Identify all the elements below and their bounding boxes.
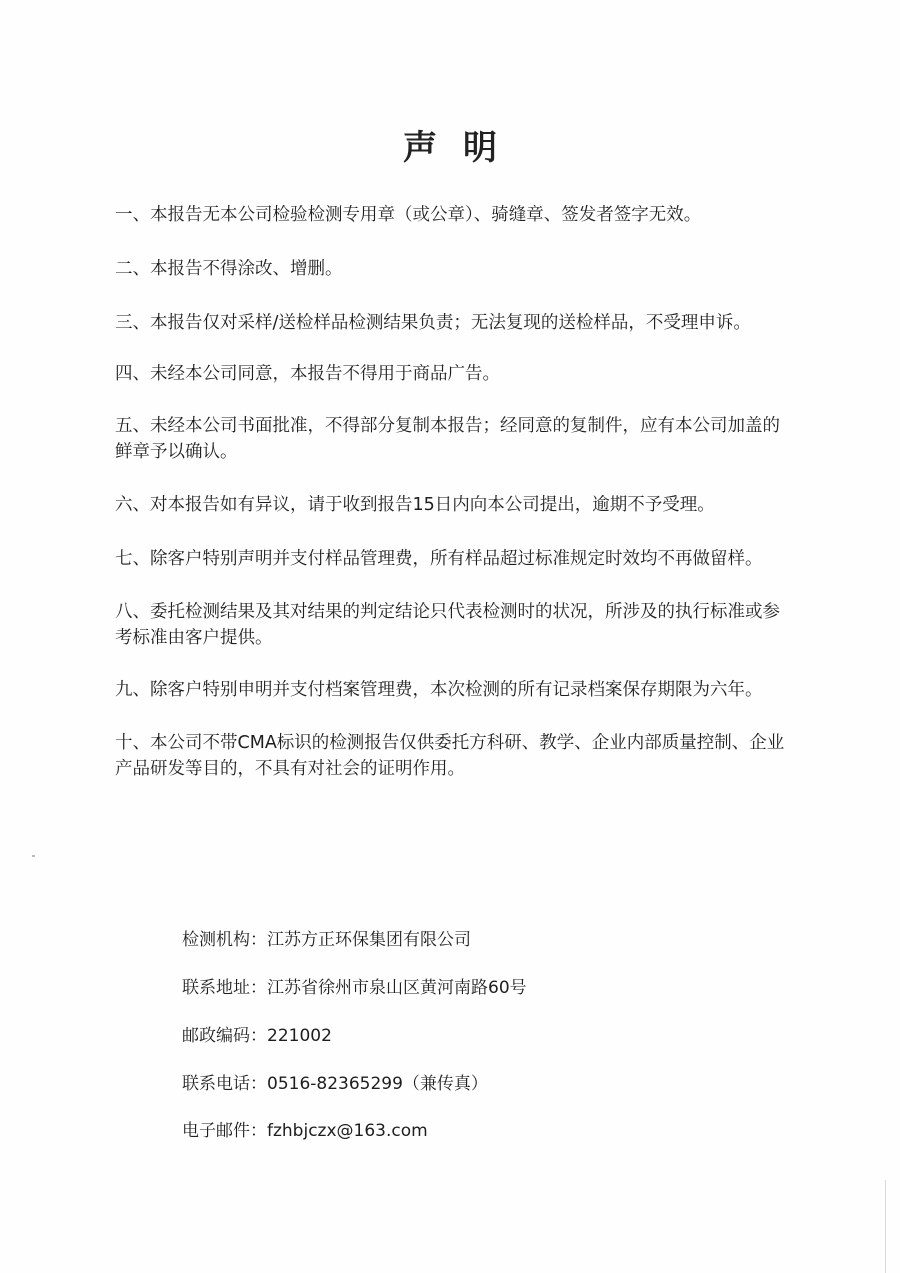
- clause-9: 九、除客户特别申明并支付档案管理费，本次检测的所有记录档案保存期限为六年。: [115, 677, 795, 703]
- clause-2: 二、本报告不得涂改、增删。: [115, 256, 795, 282]
- page-title: 声明: [0, 120, 900, 169]
- clause-10: 十、本公司不带CMA标识的检测报告仅供委托方科研、教学、企业内部质量控制、企业产…: [115, 730, 795, 782]
- contact-label: 联系地址: [182, 978, 250, 998]
- clause-5: 五、未经本公司书面批准，不得部分复制本报告；经同意的复制件，应有本公司加盖的鲜章…: [115, 413, 795, 465]
- scan-speck: [32, 855, 35, 857]
- contact-value: 江苏省徐州市泉山区黄河南路60号: [267, 978, 527, 998]
- contact-label: 电子邮件: [182, 1121, 250, 1141]
- document-page: 声明 一、本报告无本公司检验检测专用章（或公章）、骑缝章、签发者签字无效。 二、…: [0, 0, 900, 1273]
- contact-value: 221002: [267, 1026, 332, 1046]
- scan-edge-line: [885, 1180, 886, 1273]
- contact-phone: 联系电话：0516-82365299（兼传真）: [182, 1072, 488, 1096]
- contact-email: 电子邮件：fzhbjczx@163.com: [182, 1119, 428, 1143]
- contact-address: 联系地址：江苏省徐州市泉山区黄河南路60号: [182, 976, 527, 1000]
- contact-value: 江苏方正环保集团有限公司: [267, 930, 471, 950]
- clause-4: 四、未经本公司同意，本报告不得用于商品广告。: [115, 361, 795, 387]
- contact-value: fzhbjczx@163.com: [267, 1121, 428, 1141]
- clause-6: 六、对本报告如有异议，请于收到报告15日内向本公司提出，逾期不予受理。: [115, 492, 795, 518]
- contact-label: 检测机构: [182, 930, 250, 950]
- contact-label: 邮政编码: [182, 1026, 250, 1046]
- contact-label: 联系电话: [182, 1074, 250, 1094]
- contact-value: 0516-82365299（兼传真）: [267, 1074, 488, 1094]
- clause-3: 三、本报告仅对采样/送检样品检测结果负责；无法复现的送检样品，不受理申诉。: [115, 310, 795, 336]
- clause-8: 八、委托检测结果及其对结果的判定结论只代表检测时的状况，所涉及的执行标准或参考标…: [115, 599, 795, 651]
- contact-institution: 检测机构：江苏方正环保集团有限公司: [182, 928, 471, 952]
- clause-7: 七、除客户特别声明并支付样品管理费，所有样品超过标准规定时效均不再做留样。: [115, 546, 795, 572]
- clause-1: 一、本报告无本公司检验检测专用章（或公章）、骑缝章、签发者签字无效。: [115, 202, 795, 228]
- contact-postcode: 邮政编码：221002: [182, 1024, 332, 1048]
